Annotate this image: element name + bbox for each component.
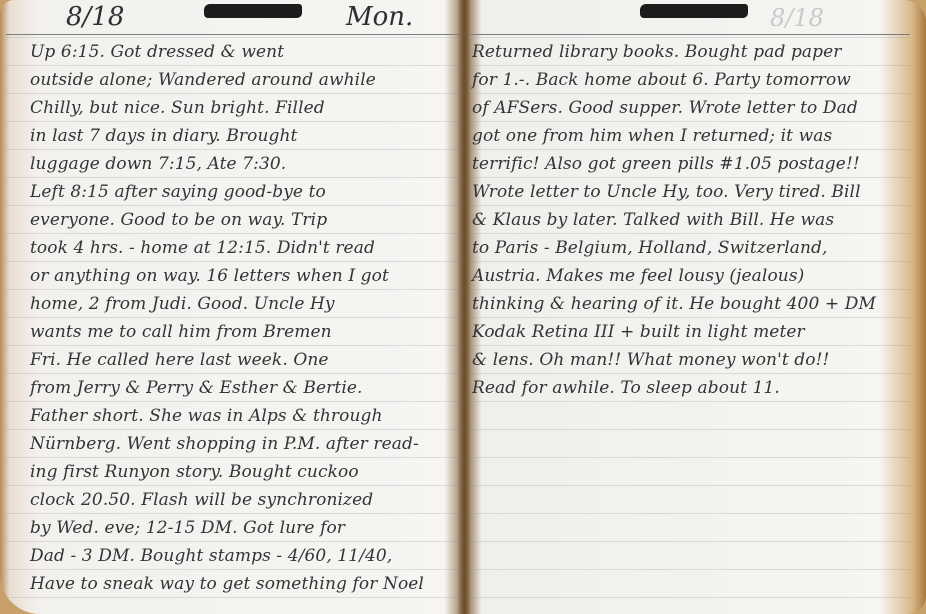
text-line: clock 20.50. Flash will be synchronized — [6, 486, 460, 514]
text-line: got one from him when I returned; it was — [470, 122, 910, 150]
text-line: outside alone; Wandered around awhile — [6, 66, 460, 94]
text-line: Dad - 3 DM. Bought stamps - 4/60, 11/40, — [6, 542, 460, 570]
text-line: Wrote letter to Uncle Hy, too. Very tire… — [470, 178, 910, 206]
text-line: Chilly, but nice. Sun bright. Filled — [6, 94, 460, 122]
text-line: & lens. Oh man!! What money won't do!! — [470, 346, 910, 374]
text-line: terrific! Also got green pills #1.05 pos… — [470, 150, 910, 178]
text-line: Read for awhile. To sleep about 11. — [470, 374, 910, 402]
text-line: everyone. Good to be on way. Trip — [6, 206, 460, 234]
left-page: 8/18 Mon. Up 6:15. Got dressed & went ou… — [6, 0, 460, 614]
text-line: Left 8:15 after saying good-bye to — [6, 178, 460, 206]
left-page-text: Up 6:15. Got dressed & went outside alon… — [6, 38, 460, 598]
text-line: from Jerry & Perry & Esther & Bertie. — [6, 374, 460, 402]
header-rule — [6, 34, 460, 35]
right-page: 8/18 Returned library books. Bought pad … — [470, 0, 910, 614]
text-line: or anything on way. 16 letters when I go… — [6, 262, 460, 290]
text-line: home, 2 from Judi. Good. Uncle Hy — [6, 290, 460, 318]
text-line: in last 7 days in diary. Brought — [6, 122, 460, 150]
redaction-bar — [204, 4, 302, 18]
redaction-bar — [640, 4, 748, 18]
text-line: Kodak Retina III + built in light meter — [470, 318, 910, 346]
entry-day: Mon. — [346, 2, 413, 32]
text-line: Austria. Makes me feel lousy (jealous) — [470, 262, 910, 290]
diary-spread: 8/18 Mon. Up 6:15. Got dressed & went ou… — [0, 0, 926, 614]
book-gutter — [458, 0, 470, 614]
text-line: took 4 hrs. - home at 12:15. Didn't read — [6, 234, 460, 262]
text-line: of AFSers. Good supper. Wrote letter to … — [470, 94, 910, 122]
header-rule — [470, 34, 910, 35]
entry-date: 8/18 — [66, 2, 124, 32]
text-line: ing first Runyon story. Bought cuckoo — [6, 458, 460, 486]
text-line: Up 6:15. Got dressed & went — [6, 38, 460, 66]
text-line: Returned library books. Bought pad paper — [470, 38, 910, 66]
bleed-through-date: 8/18 — [770, 4, 824, 32]
text-line: to Paris - Belgium, Holland, Switzerland… — [470, 234, 910, 262]
right-page-text: Returned library books. Bought pad paper… — [470, 38, 910, 402]
text-line: luggage down 7:15, Ate 7:30. — [6, 150, 460, 178]
text-line: Fri. He called here last week. One — [6, 346, 460, 374]
text-line: by Wed. eve; 12-15 DM. Got lure for — [6, 514, 460, 542]
text-line: thinking & hearing of it. He bought 400 … — [470, 290, 910, 318]
text-line: & Klaus by later. Talked with Bill. He w… — [470, 206, 910, 234]
text-line: for 1.-. Back home about 6. Party tomorr… — [470, 66, 910, 94]
text-line: Have to sneak way to get something for N… — [6, 570, 460, 598]
text-line: wants me to call him from Bremen — [6, 318, 460, 346]
text-line: Father short. She was in Alps & through — [6, 402, 460, 430]
text-line: Nürnberg. Went shopping in P.M. after re… — [6, 430, 460, 458]
